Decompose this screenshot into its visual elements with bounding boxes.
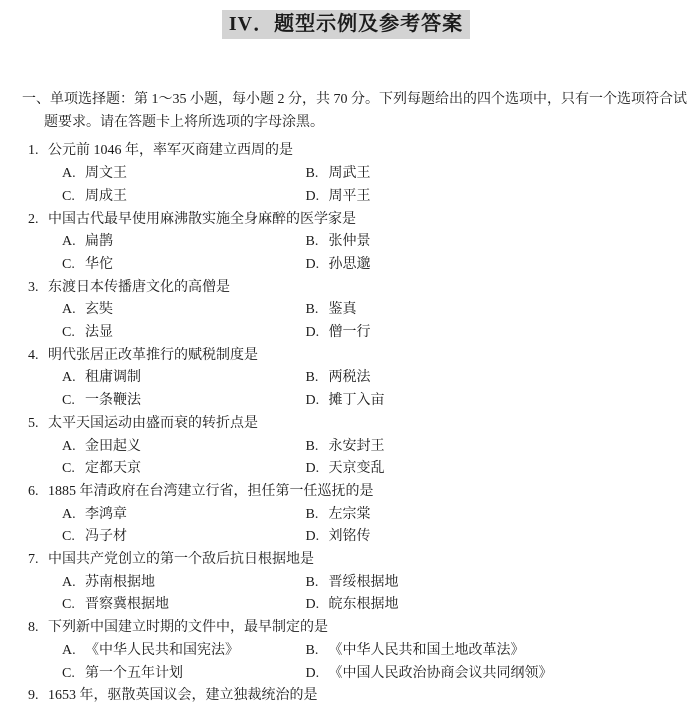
- option-text: 僧一行: [329, 325, 371, 340]
- option-label: D.: [306, 254, 329, 277]
- question-stem-row: 7.中国共产党创立的第一个敌后抗日根据地是: [0, 549, 692, 572]
- options-row: C.冯子材 D.刘铭传: [62, 526, 692, 549]
- question-stem-row: 9.1653 年，驱散英国议会，建立独裁统治的是: [0, 685, 692, 708]
- option-label: B.: [306, 436, 329, 459]
- question-number: 8.: [28, 617, 48, 640]
- options-row: A.金田起义 B.永安封王: [62, 436, 692, 459]
- answer-option: B.左宗棠: [306, 504, 371, 527]
- document-title: IV．题型示例及参考答案: [222, 10, 470, 39]
- question-number: 6.: [28, 481, 48, 504]
- question-block: 8.下列新中国建立时期的文件中，最早制定的是 A.《中华人民共和国宪法》 B.《…: [0, 617, 692, 685]
- option-text: 冯子材: [85, 529, 127, 544]
- question-number: 4.: [28, 345, 48, 368]
- answer-option: C.冯子材: [62, 526, 302, 549]
- answer-option: B.张仲景: [306, 231, 371, 254]
- answer-option: D.皖东根据地: [306, 594, 399, 617]
- question-stem-row: 4.明代张居正改革推行的赋税制度是: [0, 345, 692, 368]
- options-row: A.玄奘 B.鉴真: [62, 299, 692, 322]
- question-stem: 1885 年清政府在台湾建立行省，担任第一任巡抚的是: [48, 484, 374, 499]
- option-text: 一条鞭法: [85, 393, 141, 408]
- options-row: A.扁鹊 B.张仲景: [62, 231, 692, 254]
- question-number: 1.: [28, 140, 48, 163]
- answer-option: A.租庸调制: [62, 367, 302, 390]
- answer-option: B.晋绥根据地: [306, 572, 399, 595]
- answer-option: C.第一个五年计划: [62, 663, 302, 686]
- question-stem: 下列新中国建立时期的文件中，最早制定的是: [48, 620, 328, 635]
- section-instructions: 一、单项选择题：第 1～35 小题，每小题 2 分，共 70 分。下列每题给出的…: [0, 89, 692, 134]
- option-label: B.: [306, 640, 329, 663]
- answer-option: C.定都天京: [62, 458, 302, 481]
- answer-option: D.刘铭传: [306, 526, 371, 549]
- answer-option: D.摊丁入亩: [306, 390, 385, 413]
- answer-option: A.金田起义: [62, 436, 302, 459]
- answer-option: D.周平王: [306, 186, 371, 209]
- answer-option: B.永安封王: [306, 436, 385, 459]
- option-label: A.: [62, 367, 85, 390]
- option-label: C.: [62, 526, 85, 549]
- option-text: 租庸调制: [85, 370, 141, 385]
- question-number: 5.: [28, 413, 48, 436]
- option-text: 刘铭传: [329, 529, 371, 544]
- option-label: B.: [306, 163, 329, 186]
- option-label: D.: [306, 663, 329, 686]
- answer-option: D.天京变乱: [306, 458, 385, 481]
- option-text: 扁鹊: [85, 234, 113, 249]
- question-stem-row: 6.1885 年清政府在台湾建立行省，担任第一任巡抚的是: [0, 481, 692, 504]
- option-text: 两税法: [329, 370, 371, 385]
- option-label: C.: [62, 186, 85, 209]
- option-label: B.: [306, 504, 329, 527]
- option-text: 周文王: [85, 166, 127, 181]
- question-stem: 中国共产党创立的第一个敌后抗日根据地是: [48, 552, 314, 567]
- options-row: C.一条鞭法 D.摊丁入亩: [62, 390, 692, 413]
- option-text: 苏南根据地: [85, 575, 155, 590]
- title-bar: IV．题型示例及参考答案: [0, 0, 692, 39]
- option-text: 《中华人民共和国土地改革法》: [329, 643, 525, 658]
- options-row: C.定都天京 D.天京变乱: [62, 458, 692, 481]
- question-number: 9.: [28, 685, 48, 708]
- question-block: 9.1653 年，驱散英国议会，建立独裁统治的是: [0, 685, 692, 708]
- option-text: 周成王: [85, 189, 127, 204]
- question-block: 3.东渡日本传播唐文化的高僧是 A.玄奘 B.鉴真 C.法显 D.僧一行: [0, 277, 692, 345]
- option-label: C.: [62, 458, 85, 481]
- question-stem-row: 2.中国古代最早使用麻沸散实施全身麻醉的医学家是: [0, 209, 692, 232]
- option-label: D.: [306, 594, 329, 617]
- question-stem: 明代张居正改革推行的赋税制度是: [48, 348, 258, 363]
- answer-option: C.一条鞭法: [62, 390, 302, 413]
- option-label: A.: [62, 504, 85, 527]
- option-text: 李鸿章: [85, 507, 127, 522]
- option-text: 法显: [85, 325, 113, 340]
- question-stem-row: 5.太平天国运动由盛而衰的转折点是: [0, 413, 692, 436]
- question-block: 5.太平天国运动由盛而衰的转折点是 A.金田起义 B.永安封王 C.定都天京 D…: [0, 413, 692, 481]
- option-text: 左宗棠: [329, 507, 371, 522]
- option-label: A.: [62, 163, 85, 186]
- answer-option: A.《中华人民共和国宪法》: [62, 640, 302, 663]
- option-label: D.: [306, 186, 329, 209]
- option-label: D.: [306, 458, 329, 481]
- option-label: C.: [62, 390, 85, 413]
- options-row: C.周成王 D.周平王: [62, 186, 692, 209]
- option-text: 永安封王: [329, 439, 385, 454]
- options-row: A.周文王 B.周武王: [62, 163, 692, 186]
- option-text: 定都天京: [85, 461, 141, 476]
- options-row: C.法显 D.僧一行: [62, 322, 692, 345]
- question-number: 7.: [28, 549, 48, 572]
- option-text: 周平王: [329, 189, 371, 204]
- option-label: B.: [306, 299, 329, 322]
- options-row: A.李鸿章 B.左宗棠: [62, 504, 692, 527]
- option-label: B.: [306, 231, 329, 254]
- option-text: 摊丁入亩: [329, 393, 385, 408]
- question-number: 3.: [28, 277, 48, 300]
- answer-option: D.《中国人民政治协商会议共同纲领》: [306, 663, 553, 686]
- question-block: 6.1885 年清政府在台湾建立行省，担任第一任巡抚的是 A.李鸿章 B.左宗棠…: [0, 481, 692, 549]
- option-label: C.: [62, 594, 85, 617]
- options-row: A.苏南根据地 B.晋绥根据地: [62, 572, 692, 595]
- answer-option: A.李鸿章: [62, 504, 302, 527]
- options-row: C.华佗 D.孙思邈: [62, 254, 692, 277]
- option-text: 金田起义: [85, 439, 141, 454]
- answer-option: B.《中华人民共和国土地改革法》: [306, 640, 525, 663]
- option-text: 皖东根据地: [329, 597, 399, 612]
- option-text: 晋绥根据地: [329, 575, 399, 590]
- answer-option: D.孙思邈: [306, 254, 371, 277]
- instructions-line-1: 一、单项选择题：第 1～35 小题，每小题 2 分，共 70 分。下列每题给出的…: [22, 89, 692, 112]
- answer-option: B.周武王: [306, 163, 371, 186]
- option-label: C.: [62, 322, 85, 345]
- option-text: 华佗: [85, 257, 113, 272]
- option-label: D.: [306, 526, 329, 549]
- document-page: IV．题型示例及参考答案 一、单项选择题：第 1～35 小题，每小题 2 分，共…: [0, 0, 692, 724]
- option-text: 《中华人民共和国宪法》: [85, 643, 239, 658]
- question-stem: 太平天国运动由盛而衰的转折点是: [48, 416, 258, 431]
- option-text: 天京变乱: [329, 461, 385, 476]
- question-number: 2.: [28, 209, 48, 232]
- answer-option: B.鉴真: [306, 299, 357, 322]
- option-label: A.: [62, 640, 85, 663]
- option-text: 晋察冀根据地: [85, 597, 169, 612]
- options-row: C.晋察冀根据地 D.皖东根据地: [62, 594, 692, 617]
- options-row: A.租庸调制 B.两税法: [62, 367, 692, 390]
- question-list: 1.公元前 1046 年，率军灭商建立西周的是 A.周文王 B.周武王 C.周成…: [0, 140, 692, 708]
- question-stem: 东渡日本传播唐文化的高僧是: [48, 280, 230, 295]
- option-text: 孙思邈: [329, 257, 371, 272]
- option-label: D.: [306, 390, 329, 413]
- option-label: B.: [306, 572, 329, 595]
- question-block: 2.中国古代最早使用麻沸散实施全身麻醉的医学家是 A.扁鹊 B.张仲景 C.华佗…: [0, 209, 692, 277]
- option-label: D.: [306, 322, 329, 345]
- option-text: 《中国人民政治协商会议共同纲领》: [329, 666, 553, 681]
- answer-option: C.晋察冀根据地: [62, 594, 302, 617]
- answer-option: A.扁鹊: [62, 231, 302, 254]
- answer-option: A.周文王: [62, 163, 302, 186]
- option-text: 鉴真: [329, 302, 357, 317]
- option-label: A.: [62, 299, 85, 322]
- option-label: A.: [62, 572, 85, 595]
- answer-option: B.两税法: [306, 367, 371, 390]
- option-text: 第一个五年计划: [85, 666, 183, 681]
- question-block: 4.明代张居正改革推行的赋税制度是 A.租庸调制 B.两税法 C.一条鞭法 D.…: [0, 345, 692, 413]
- question-stem: 1653 年，驱散英国议会，建立独裁统治的是: [48, 688, 318, 703]
- option-label: A.: [62, 436, 85, 459]
- question-stem-row: 8.下列新中国建立时期的文件中，最早制定的是: [0, 617, 692, 640]
- question-stem-row: 1.公元前 1046 年，率军灭商建立西周的是: [0, 140, 692, 163]
- option-label: A.: [62, 231, 85, 254]
- question-stem-row: 3.东渡日本传播唐文化的高僧是: [0, 277, 692, 300]
- option-text: 张仲景: [329, 234, 371, 249]
- answer-option: A.苏南根据地: [62, 572, 302, 595]
- question-block: 7.中国共产党创立的第一个敌后抗日根据地是 A.苏南根据地 B.晋绥根据地 C.…: [0, 549, 692, 617]
- option-text: 周武王: [329, 166, 371, 181]
- options-row: C.第一个五年计划 D.《中国人民政治协商会议共同纲领》: [62, 663, 692, 686]
- question-block: 1.公元前 1046 年，率军灭商建立西周的是 A.周文王 B.周武王 C.周成…: [0, 140, 692, 208]
- question-stem: 公元前 1046 年，率军灭商建立西周的是: [48, 143, 293, 158]
- instructions-line-2: 题要求。请在答题卡上将所选项的字母涂黑。: [44, 112, 692, 135]
- answer-option: A.玄奘: [62, 299, 302, 322]
- answer-option: C.周成王: [62, 186, 302, 209]
- option-label: B.: [306, 367, 329, 390]
- option-text: 玄奘: [85, 302, 113, 317]
- options-row: A.《中华人民共和国宪法》 B.《中华人民共和国土地改革法》: [62, 640, 692, 663]
- answer-option: D.僧一行: [306, 322, 371, 345]
- question-stem: 中国古代最早使用麻沸散实施全身麻醉的医学家是: [48, 212, 356, 227]
- answer-option: C.华佗: [62, 254, 302, 277]
- option-label: C.: [62, 254, 85, 277]
- answer-option: C.法显: [62, 322, 302, 345]
- option-label: C.: [62, 663, 85, 686]
